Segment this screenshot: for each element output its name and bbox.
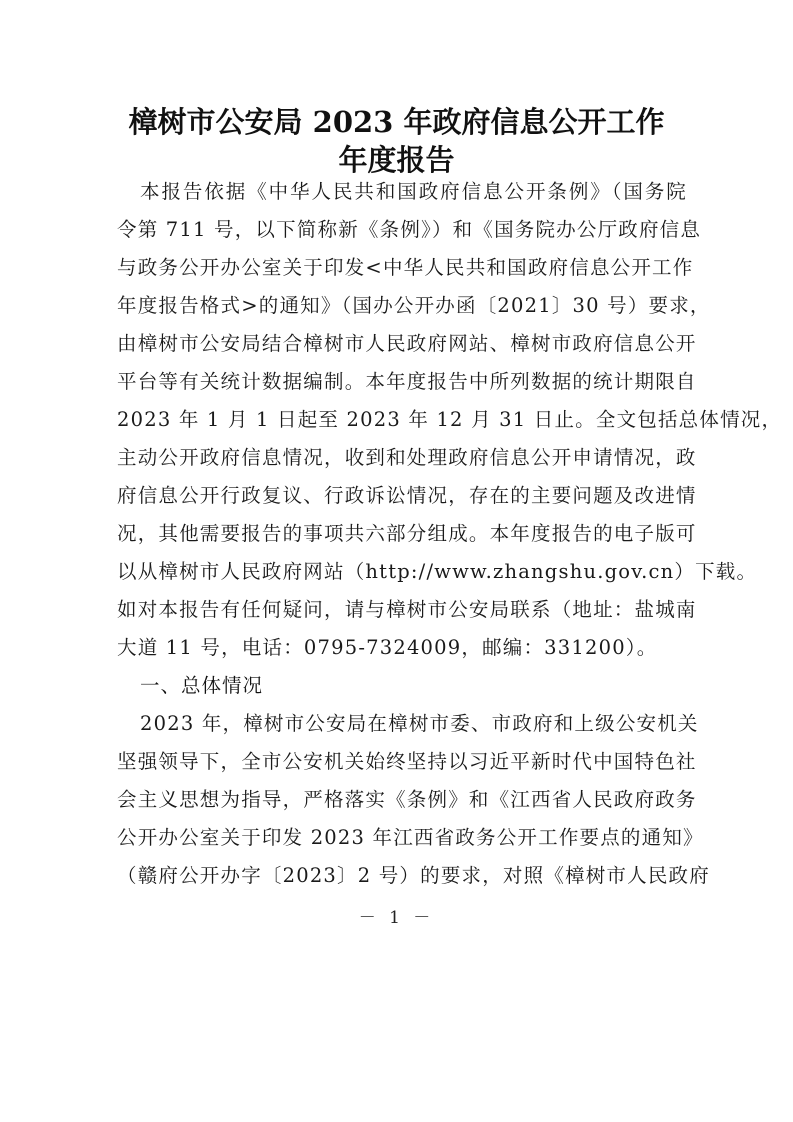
text-line: 平台等有关统计数据编制。本年度报告中所列数据的统计期限自 <box>117 370 687 394</box>
text-line: 2023 年 1 月 1 日起至 2023 年 12 月 31 日止。全文包括总… <box>117 408 687 432</box>
text-line: 坚强领导下，全市公安机关始终坚持以习近平新时代中国特色社 <box>117 750 687 774</box>
document-title-line-1: 樟树市公安局 2023 年政府信息公开工作 <box>0 100 793 141</box>
text-line: 公开办公室关于印发 2023 年江西省政务公开工作要点的通知》 <box>117 826 687 850</box>
document-title-line-2: 年度报告 <box>0 138 793 179</box>
text-line: （赣府公开办字〔2023〕2 号）的要求，对照《樟树市人民政府 <box>117 864 687 888</box>
text-line: 况，其他需要报告的事项共六部分组成。本年度报告的电子版可 <box>117 522 687 546</box>
text-line: 大道 11 号，电话：0795-7324009，邮编：331200）。 <box>117 636 687 660</box>
document-page: 樟树市公安局 2023 年政府信息公开工作 年度报告 本报告依据《中华人民共和国… <box>0 0 793 1122</box>
text-line: 会主义思想为指导，严格落实《条例》和《江西省人民政府政务 <box>117 788 687 812</box>
text-line: 以从樟树市人民政府网站（http://www.zhangshu.gov.cn）下… <box>117 560 687 584</box>
text-line: 府信息公开行政复议、行政诉讼情况，存在的主要问题及改进情 <box>117 484 687 508</box>
page-number: － 1 － <box>0 903 793 928</box>
text-line: 由樟树市公安局结合樟树市人民政府网站、樟树市政府信息公开 <box>117 332 687 356</box>
text-line: 年度报告格式>的通知》（国办公开办函〔2021〕30 号）要求， <box>117 294 687 318</box>
text-line: 令第 711 号，以下简称新《条例》）和《国务院办公厅政府信息 <box>117 218 687 242</box>
section-heading-overview: 一、总体情况 <box>140 674 263 698</box>
text-line: 主动公开政府信息情况，收到和处理政府信息公开申请情况，政 <box>117 446 687 470</box>
text-line: 如对本报告有任何疑问，请与樟树市公安局联系（地址：盐城南 <box>117 598 687 622</box>
text-line: 本报告依据《中华人民共和国政府信息公开条例》（国务院 <box>140 180 687 204</box>
text-line: 与政务公开办公室关于印发<中华人民共和国政府信息公开工作 <box>117 256 687 280</box>
text-line: 2023 年，樟树市公安局在樟树市委、市政府和上级公安机关 <box>140 712 687 736</box>
